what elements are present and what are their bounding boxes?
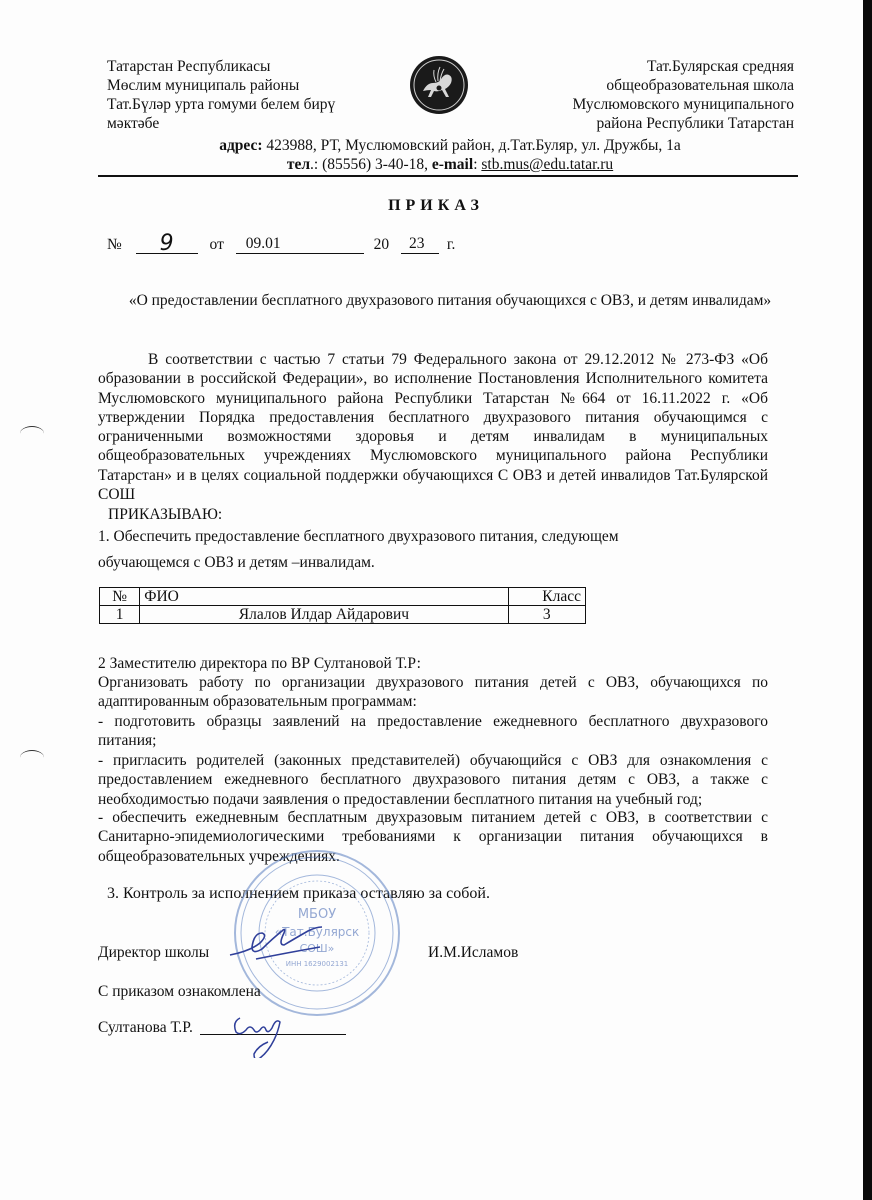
header-left-line: Мөслим муниципаль районы <box>107 76 335 95</box>
header-grade: Класс <box>508 588 585 606</box>
contact-block: адрес: 423988, РТ, Муслюмовский район, д… <box>100 136 800 174</box>
cell-grade: 3 <box>508 606 585 624</box>
order-number-handwritten: 9 <box>136 235 198 254</box>
header-right-line: района Республики Татарстан <box>572 114 794 133</box>
header-right-line: общеобразовательная школа <box>572 76 794 95</box>
table-header-row: № ФИО Класс <box>100 588 586 606</box>
address-label: адрес: <box>219 137 262 154</box>
header-left-tatar: Татарстан Республикасы Мөслим муниципаль… <box>107 57 335 133</box>
cell-number: 1 <box>100 606 140 624</box>
contact-line: тел.: (85556) 3-40-18, e-mail: stb.mus@e… <box>100 155 800 174</box>
item-2-bullet: - пригласить родителей (законных предста… <box>98 751 768 809</box>
table-row: 1 Ялалов Илдар Айдарович 3 <box>100 606 586 624</box>
cell-name: Ялалов Илдар Айдарович <box>140 606 508 624</box>
email-label: e-mail <box>432 156 473 173</box>
phone-value: .: (85556) 3-40-18, <box>310 156 432 173</box>
item-2-heading: 2 Заместителю директора по ВР Султановой… <box>98 654 421 673</box>
punch-hole-mark <box>20 426 44 441</box>
year-suffix: г. <box>447 236 455 253</box>
order-date: 09.01 <box>236 235 364 254</box>
address-value: 423988, РТ, Муслюмовский район, д.Тат.Бу… <box>263 137 681 154</box>
item-1-line-1: 1. Обеспечить предоставление бесплатного… <box>98 527 619 546</box>
order-year: 23 <box>401 235 439 254</box>
students-table: № ФИО Класс 1 Ялалов Илдар Айдарович 3 <box>99 587 586 624</box>
email-link[interactable]: stb.mus@edu.tatar.ru <box>481 156 613 173</box>
header-right-russian: Тат.Булярская средняя общеобразовательна… <box>572 57 794 133</box>
director-signature <box>226 915 326 965</box>
header-fio: ФИО <box>140 588 508 606</box>
item-2-bullet: - подготовить образцы заявлений на предо… <box>98 712 768 751</box>
year-prefix: 20 <box>374 236 390 253</box>
ack-name: Султанова Т.Р. <box>98 1018 193 1037</box>
header-right-line: Тат.Булярская средняя <box>572 57 794 76</box>
number-label: № <box>107 236 122 253</box>
director-label: Директор школы <box>98 943 209 962</box>
header-divider <box>98 175 798 177</box>
ack-signature <box>228 1008 298 1058</box>
preamble-paragraph: В соответствии с частью 7 статьи 79 Феде… <box>98 350 768 504</box>
header-left-line: Татарстан Республикасы <box>107 57 335 76</box>
address-line: адрес: 423988, РТ, Муслюмовский район, д… <box>100 136 800 155</box>
order-word: ПРИКАЗЫВАЮ: <box>108 505 222 524</box>
order-number-line: № 9 от 09.01 20 23 г. <box>107 235 455 254</box>
item-1-line-2: обучающемся с ОВЗ и детям –инвалидам. <box>98 553 375 572</box>
order-subject: «О предоставлении бесплатного двухразово… <box>120 291 780 310</box>
director-name: И.М.Исламов <box>428 943 518 962</box>
tatarstan-emblem-icon <box>409 55 469 115</box>
item-2-bullet: - обеспечить ежедневным бесплатным двухр… <box>98 808 768 866</box>
document-page: Татарстан Республикасы Мөслим муниципаль… <box>0 0 872 1200</box>
order-title: ПРИКАЗ <box>0 197 872 215</box>
header-right-line: Муслюмовского муниципального <box>572 95 794 114</box>
header-left-line: мәктәбе <box>107 114 335 133</box>
header-number: № <box>100 588 140 606</box>
punch-hole-mark <box>20 750 44 765</box>
from-label: от <box>210 236 224 253</box>
scan-edge <box>863 0 872 1200</box>
ack-label: С приказом ознакомлена <box>98 982 261 1001</box>
phone-label: тел <box>287 156 310 173</box>
item-2-text: Организовать работу по организации двухр… <box>98 673 768 712</box>
header-left-line: Тат.Бүләр урта гомуми белем бирү <box>107 95 335 114</box>
